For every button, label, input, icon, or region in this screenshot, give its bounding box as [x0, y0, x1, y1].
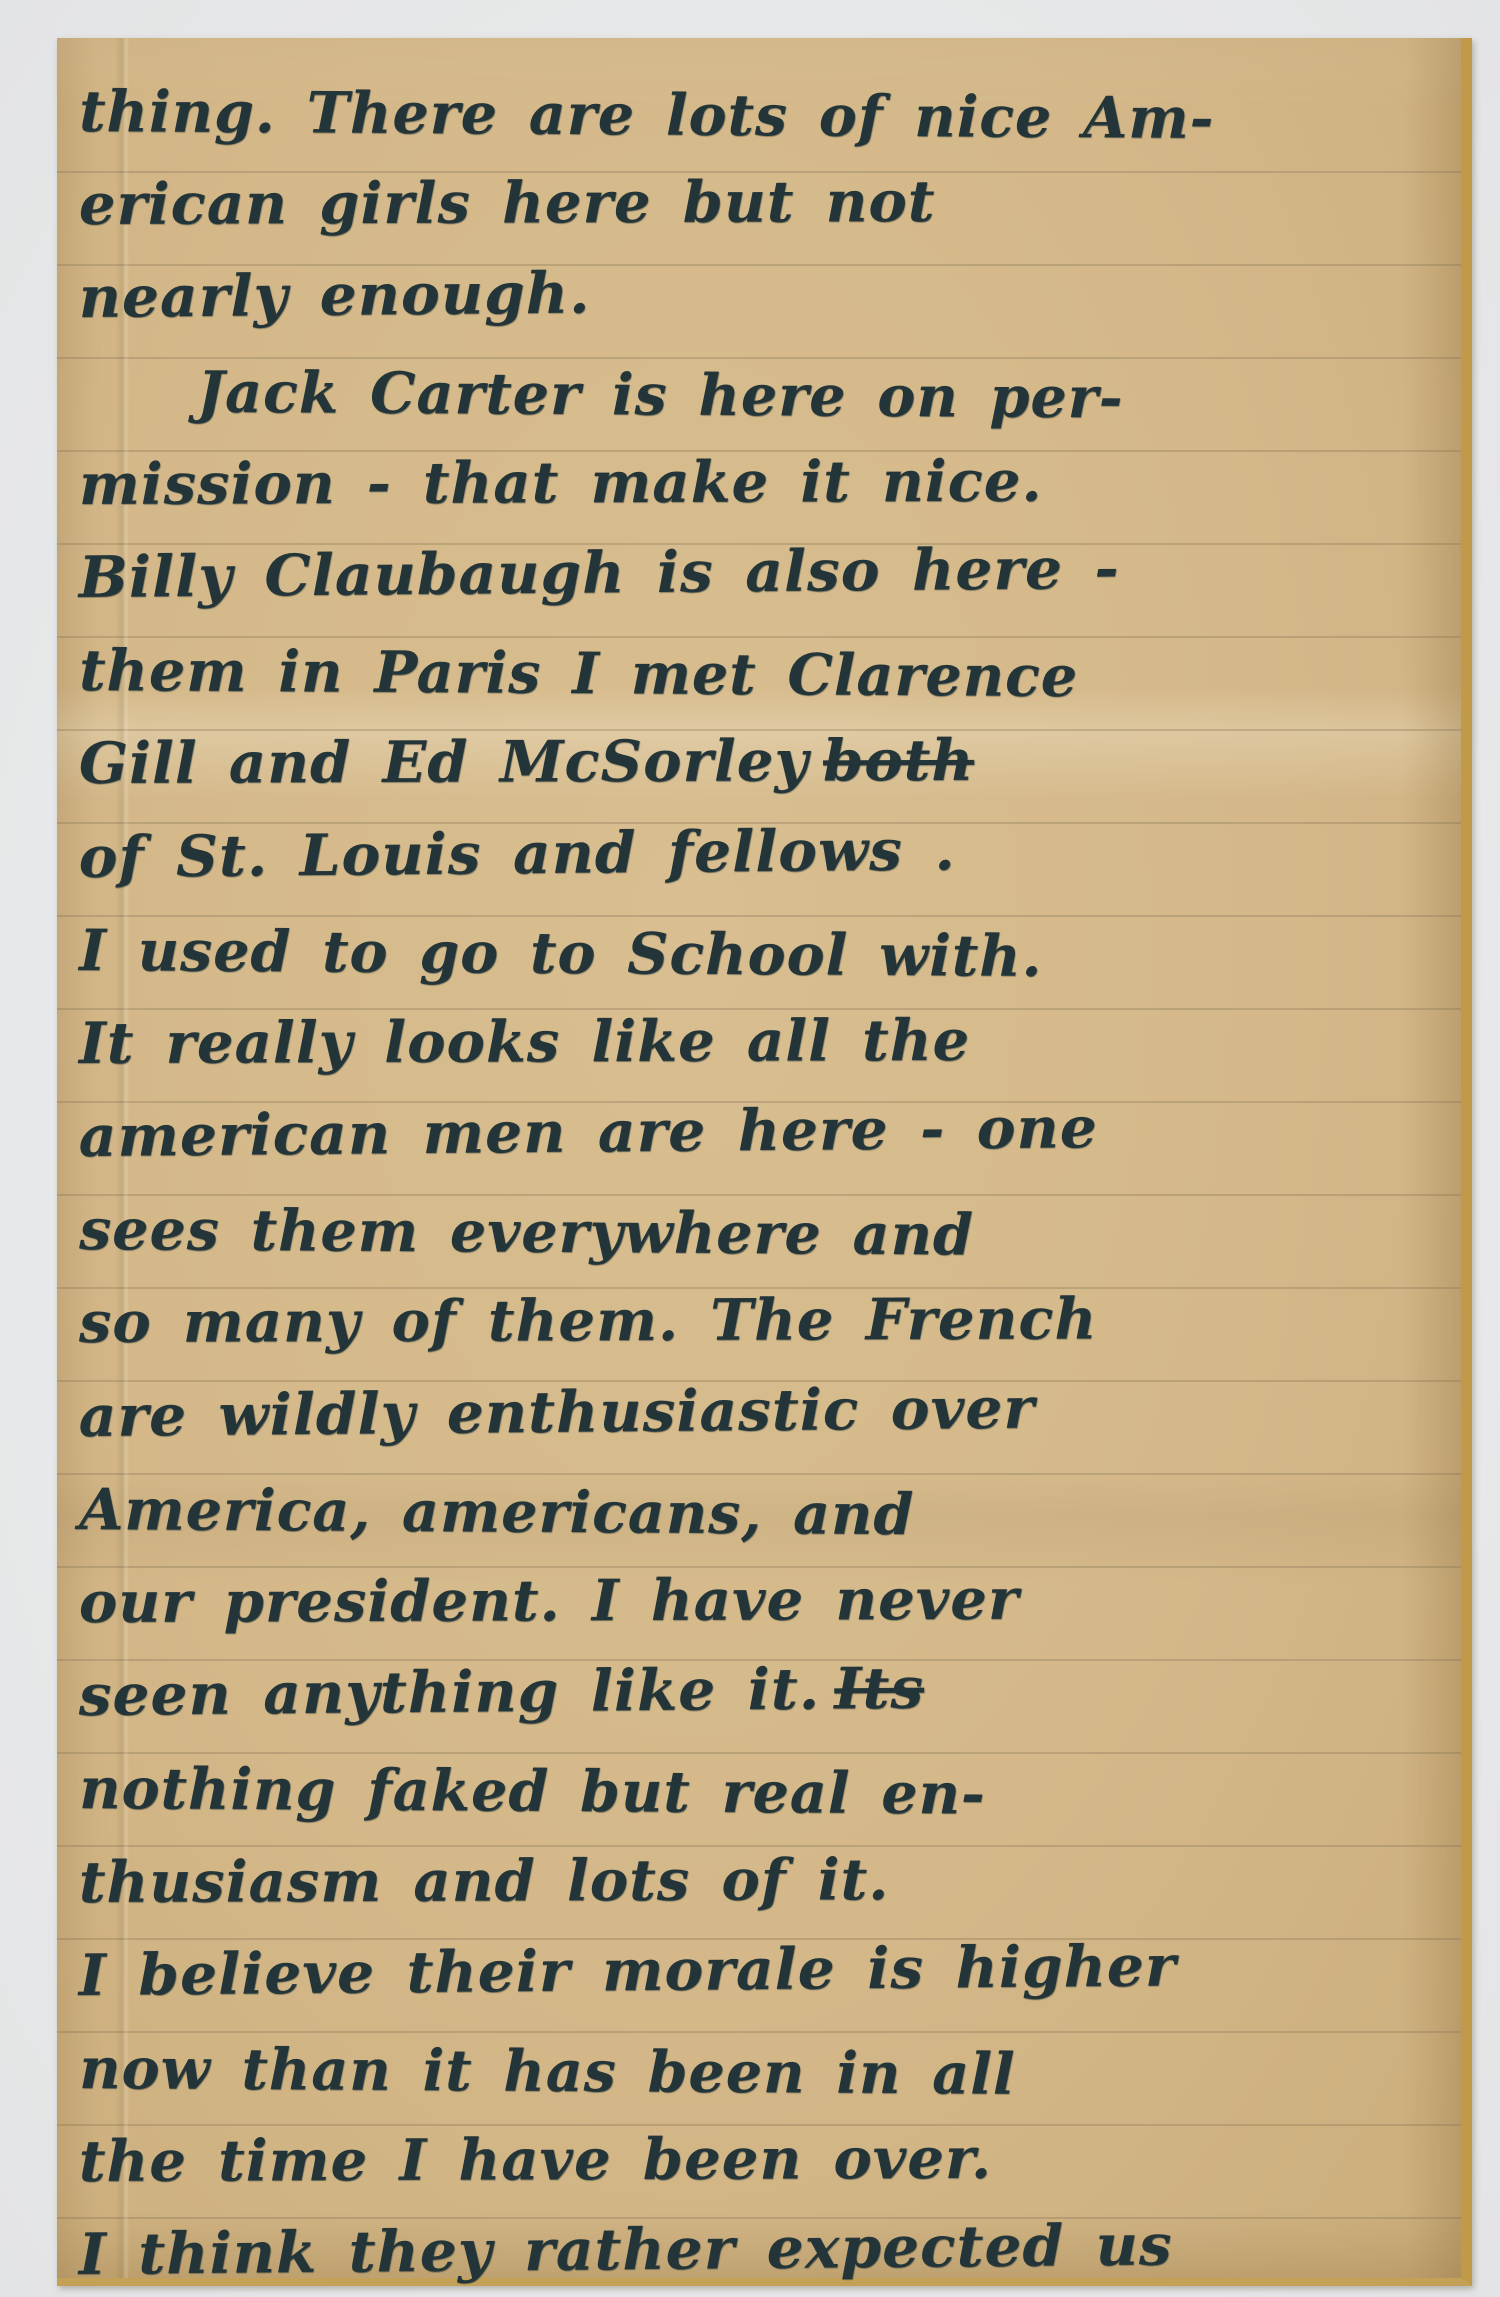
handwritten-line: I used to go to School with. [79, 891, 1432, 992]
handwritten-line: the time I have been over. [79, 2097, 1445, 2195]
handwritten-line: so many of them. The French [79, 1259, 1445, 1357]
scanner-background: thing. There are lots of nice Am-erican … [0, 0, 1500, 2297]
handwritten-line: are wildly enthusiastic over [78, 1345, 1458, 1450]
handwritten-line: them in Paris I met Clarence [79, 611, 1432, 712]
handwritten-line: our president. I have never [79, 1538, 1445, 1636]
handwritten-line: Jack Carter is here on per- [79, 332, 1432, 433]
handwritten-line: sees them everywhere and [79, 1170, 1432, 1271]
handwritten-line: Billy Claubaugh is also here - [78, 506, 1458, 611]
handwritten-line: I believe their morale is higher [78, 1904, 1458, 2009]
handwritten-line: american men are here - one [78, 1065, 1458, 1170]
handwritten-line: I think they rather expected us [78, 2183, 1458, 2288]
letter-paper: thing. There are lots of nice Am-erican … [57, 38, 1472, 2286]
handwritten-line: America, americans, and [79, 1450, 1432, 1551]
letter-lines: thing. There are lots of nice Am-erican … [79, 52, 1431, 2289]
struck-out-word: both [823, 727, 974, 795]
handwritten-line: nothing faked but real en- [79, 1729, 1432, 1830]
handwritten-line: mission - that make it nice. [79, 420, 1445, 518]
handwritten-line: It really looks like all the [79, 979, 1445, 1077]
handwritten-line: now than it has been in all [79, 2009, 1432, 2110]
handwritten-line: nearly enough. [78, 226, 1458, 331]
handwritten-line: thing. There are lots of nice Am- [79, 52, 1432, 153]
handwritten-line: Gill and Ed McSorleyboth [79, 700, 1445, 798]
handwritten-line: erican girls here but not [79, 140, 1445, 238]
handwritten-line: of St. Louis and fellows . [78, 785, 1458, 890]
struck-out-word: Its [834, 1655, 924, 1723]
handwritten-line: thusiasm and lots of it. [79, 1818, 1445, 1916]
handwritten-line: seen anything like it.Its [78, 1624, 1458, 1729]
